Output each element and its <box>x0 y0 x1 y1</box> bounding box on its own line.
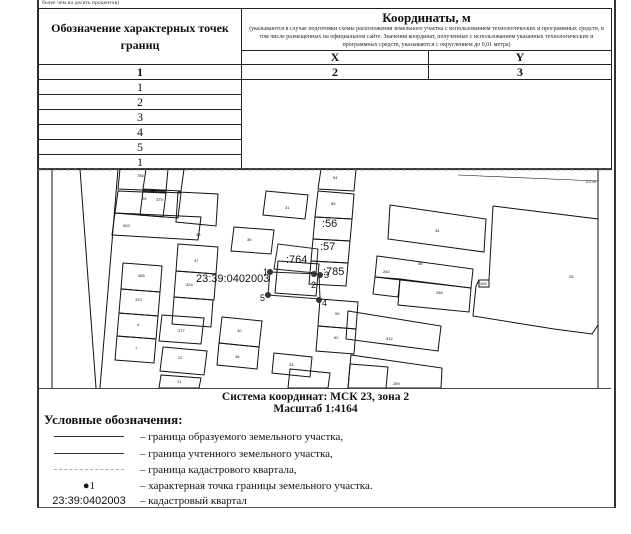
svg-text:485: 485 <box>138 273 145 278</box>
legend-text: – граница кадастрового квартала, <box>140 463 297 477</box>
point-x <box>242 80 429 95</box>
svg-text:33: 33 <box>196 232 201 237</box>
svg-text:5: 5 <box>260 293 265 303</box>
svg-text:4: 4 <box>322 298 327 308</box>
table-row: 4 <box>39 125 612 140</box>
col-number-1: 1 <box>39 65 242 80</box>
table-row: 5 <box>39 140 612 155</box>
coordinates-note: (указываются в случае подготовки схемы р… <box>242 25 611 50</box>
point-label: 4 <box>39 125 242 140</box>
svg-text:4: 4 <box>137 322 140 327</box>
svg-text:40: 40 <box>237 328 242 333</box>
solid-line-icon <box>44 430 134 444</box>
dashed-line-icon <box>44 463 134 477</box>
legend-text: – кадастровый квартал <box>140 494 247 508</box>
svg-text:324: 324 <box>186 282 193 287</box>
svg-text:54: 54 <box>333 175 338 180</box>
legend-title: Условные обозначения: <box>44 412 183 428</box>
quarter-label: 23:39:0402003 <box>196 273 269 285</box>
svg-text:3: 3 <box>324 270 329 280</box>
col-number-2: 2 <box>242 65 429 80</box>
svg-text:502: 502 <box>123 223 130 228</box>
svg-text:7: 7 <box>135 346 138 351</box>
svg-text:285: 285 <box>436 290 443 295</box>
point-label: 3 <box>39 110 242 125</box>
point-y <box>429 80 612 95</box>
quarter-symbol: 23:39:0402003 <box>44 494 134 508</box>
svg-text:26: 26 <box>569 274 574 279</box>
header-coordinates: Координаты, м (указываются в случае подг… <box>242 9 612 51</box>
coordinate-system: Система координат: МСК 23, зона 2 <box>0 391 631 403</box>
svg-text:55: 55 <box>331 201 336 206</box>
table-row: 3 <box>39 110 612 125</box>
point-x <box>242 95 429 110</box>
svg-text:35: 35 <box>247 237 252 242</box>
svg-text::56: :56 <box>322 218 337 230</box>
cadastral-map: 23:39:0402003 :764 :785 :56 :57 1 2 3 4 … <box>38 168 611 389</box>
point-icon: ●1 <box>44 479 134 493</box>
svg-text:48: 48 <box>235 354 240 359</box>
svg-text:269: 269 <box>480 281 487 286</box>
svg-text:377: 377 <box>178 328 185 333</box>
point-label: 2 <box>39 95 242 110</box>
col-number-3: 3 <box>429 65 612 80</box>
svg-text::57: :57 <box>320 241 335 253</box>
svg-text:375: 375 <box>156 197 163 202</box>
point-x <box>242 125 429 140</box>
point-y <box>429 125 612 140</box>
svg-text:33: 33 <box>289 362 294 367</box>
svg-text:34: 34 <box>435 228 440 233</box>
svg-text:786: 786 <box>137 173 144 178</box>
table-row: 1 <box>39 80 612 95</box>
svg-text:23:39: 23:39 <box>586 179 597 184</box>
svg-text:25: 25 <box>142 196 147 201</box>
point-y <box>429 95 612 110</box>
solid-line-icon <box>44 447 134 461</box>
point-x <box>242 140 429 155</box>
svg-text:22: 22 <box>178 355 183 360</box>
svg-text:58: 58 <box>418 261 423 266</box>
legend-text: – граница учтенного земельного участка, <box>140 447 333 461</box>
svg-text:60: 60 <box>334 335 339 340</box>
coordinates-table: Обозначение характерных точек границ Коо… <box>38 8 612 170</box>
svg-text:21: 21 <box>177 379 182 384</box>
top-note: более чем на десять процентов) <box>42 0 119 6</box>
map-drawing: 23:39:0402003 :764 :785 :56 :57 1 2 3 4 … <box>38 169 611 388</box>
point-label: 5 <box>39 140 242 155</box>
svg-text:289: 289 <box>393 381 400 386</box>
svg-text:370: 370 <box>135 297 142 302</box>
header-points: Обозначение характерных точек границ <box>39 9 242 65</box>
legend-text: – граница образуемого земельного участка… <box>140 430 343 444</box>
header-x: X <box>242 51 429 65</box>
point-y <box>429 140 612 155</box>
point-label: 1 <box>39 80 242 95</box>
table-row: 2 <box>39 95 612 110</box>
svg-text::764: :764 <box>286 254 307 266</box>
header-y: Y <box>429 51 612 65</box>
svg-text:47: 47 <box>194 258 199 263</box>
svg-text:1: 1 <box>263 267 268 277</box>
svg-text:59: 59 <box>335 311 340 316</box>
coordinates-title: Координаты, м <box>242 9 611 25</box>
legend-text: – характерная точка границы земельного у… <box>140 479 373 493</box>
point-x <box>242 110 429 125</box>
svg-text:2: 2 <box>311 280 316 290</box>
point-y <box>429 110 612 125</box>
svg-text:282: 282 <box>383 269 390 274</box>
svg-text:312: 312 <box>386 336 393 341</box>
svg-text:31: 31 <box>285 205 290 210</box>
